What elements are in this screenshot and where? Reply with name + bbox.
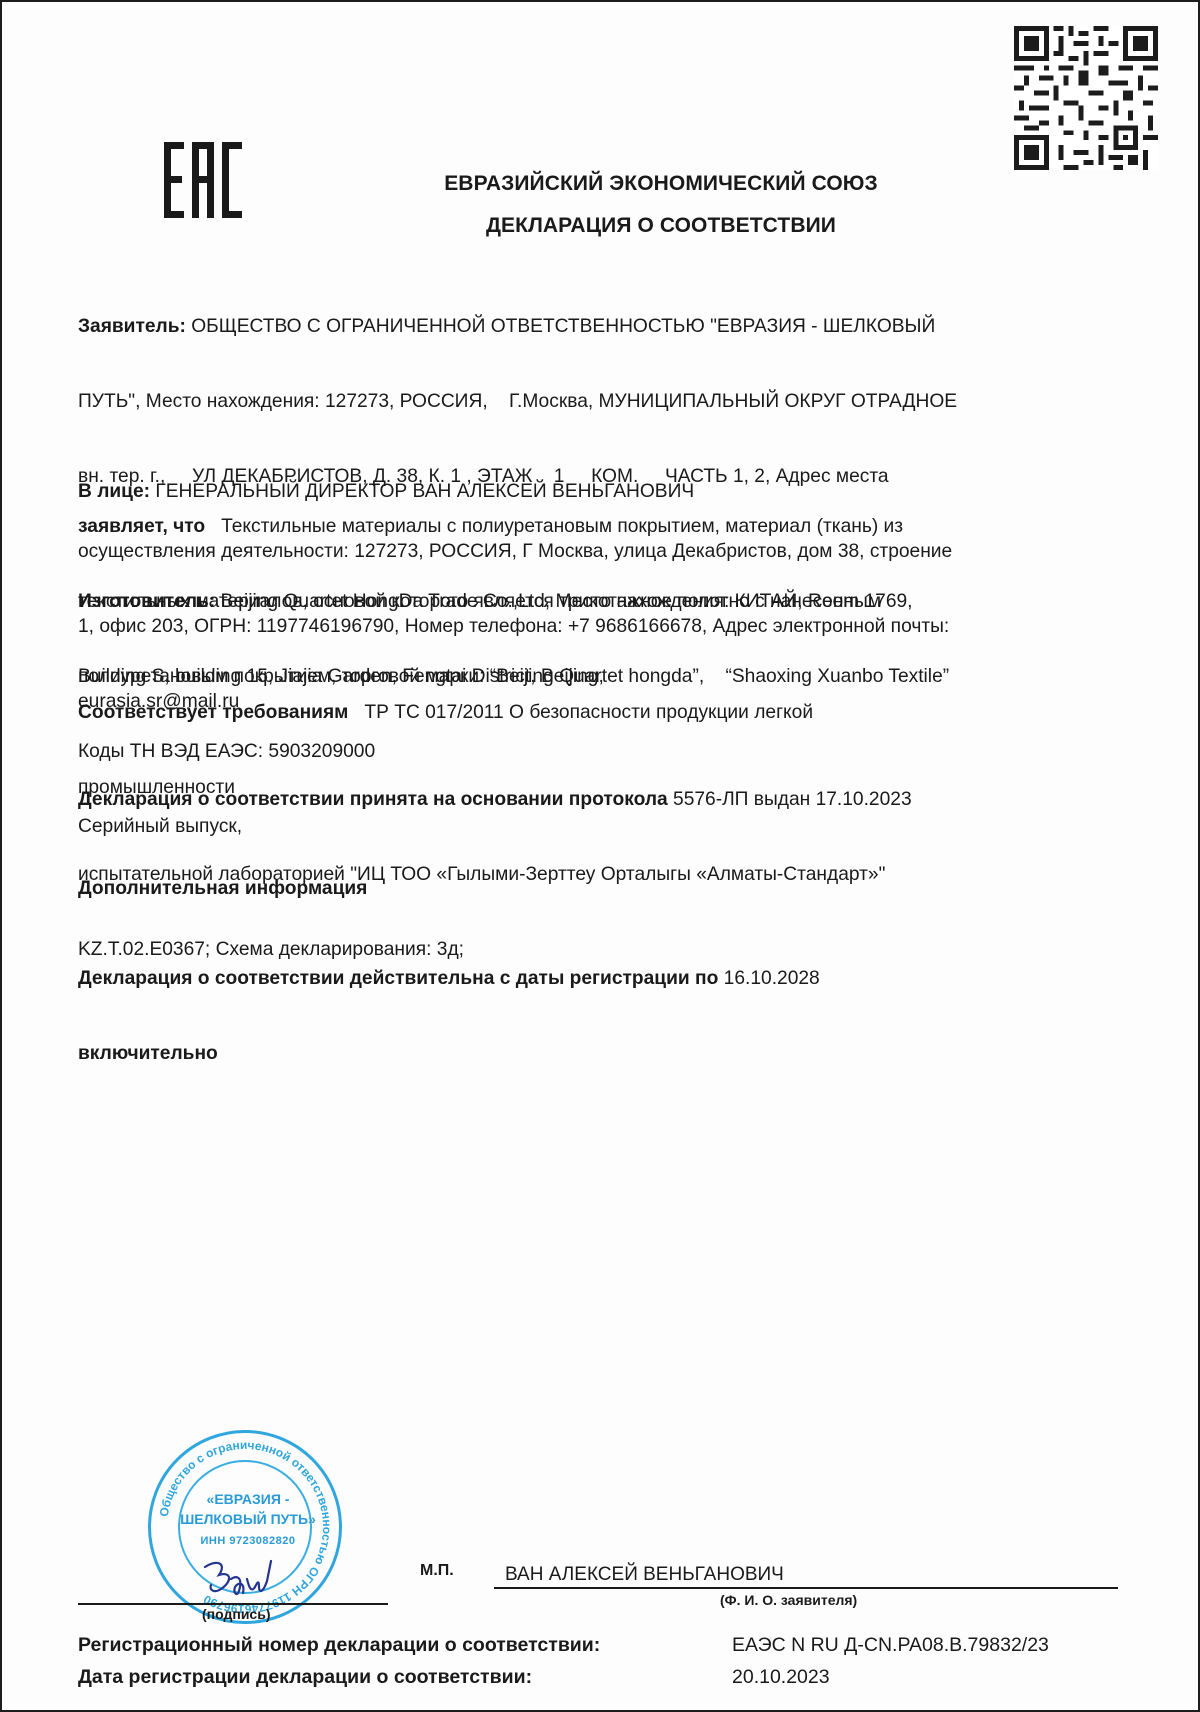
stamp-name-line2: ШЕЛКОВЫЙ ПУТЬ» [151, 1511, 345, 1527]
validity-date: 16.10.2028 [718, 968, 819, 989]
qr-code-icon[interactable] [1014, 26, 1158, 170]
applicant-line: ОБЩЕСТВО С ОГРАНИЧЕННОЙ ОТВЕТСТВЕННОСТЬЮ… [186, 316, 935, 337]
product-line: Текстильные материалы с полиуретановым п… [205, 516, 903, 537]
compliance-label: Соответствует требованиям [78, 702, 348, 723]
applicant-line: ПУТЬ", Место нахождения: 127273, РОССИЯ,… [78, 389, 1138, 414]
seal-mark: М.П. [420, 1562, 454, 1580]
registration-date-value: 20.10.2023 [732, 1666, 830, 1689]
stamp-name-line1: «ЕВРАЗИЯ - [151, 1491, 345, 1507]
signature-caption: (подпись) [202, 1606, 271, 1622]
basis-label: Декларация о соответствии принята на осн… [78, 789, 668, 810]
validity-suffix: включительно [78, 1043, 218, 1064]
additional-info-label: Дополнительная информация [78, 878, 367, 899]
protocol-number: 5576-ЛП выдан 17.10.2023 [668, 789, 912, 810]
validity-label: Декларация о соответствии действительна … [78, 968, 718, 989]
name-caption: (Ф. И. О. заявителя) [720, 1592, 857, 1608]
compliance-standard: ТР ТС 017/2011 О безопасности продукции … [348, 702, 813, 723]
stamp-inn: ИНН 9723082820 [151, 1535, 345, 1547]
manufacturer-label: Изготовитель: [78, 591, 215, 612]
registration-number-label: Регистрационный номер декларации о соотв… [78, 1634, 600, 1657]
applicant-name: ВАН АЛЕКСЕЙ ВЕНЬГАНОВИЧ [505, 1564, 784, 1586]
registration-date-label: Дата регистрации декларации о соответств… [78, 1666, 532, 1689]
registration-number-value: ЕАЭС N RU Д-CN.PA08.B.79832/23 [732, 1634, 1049, 1657]
document-title: ДЕКЛАРАЦИЯ О СООТВЕТСТВИИ [2, 214, 1200, 238]
declaration-page: ЕВРАЗИЙСКИЙ ЭКОНОМИЧЕСКИЙ СОЮЗ ДЕКЛАРАЦИ… [0, 0, 1200, 1712]
signature-line [78, 1603, 388, 1605]
validity-section: Декларация о соответствии действительна … [78, 916, 1138, 1116]
declares-label: заявляет, что [78, 516, 205, 537]
name-line [494, 1587, 1118, 1589]
applicant-label: Заявитель: [78, 316, 186, 337]
union-title: ЕВРАЗИЙСКИЙ ЭКОНОМИЧЕСКИЙ СОЮЗ [2, 172, 1200, 196]
manufacturer-line: Beijing Quartet HongDa Trade Co.,Ltd, Ме… [215, 591, 912, 612]
